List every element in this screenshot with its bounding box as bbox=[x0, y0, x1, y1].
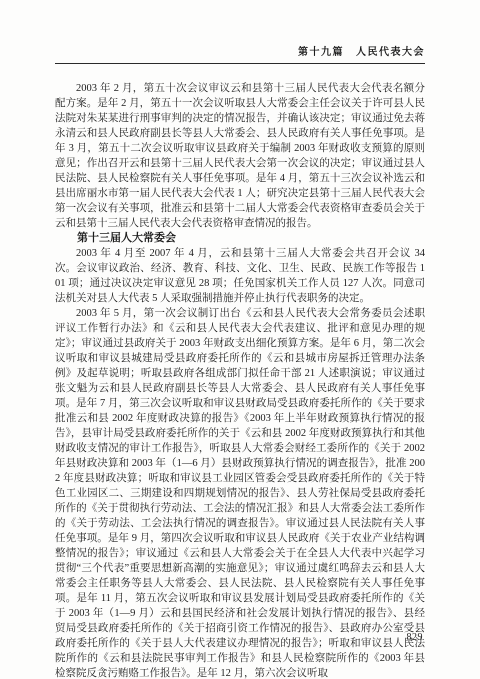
page-number: 829 bbox=[407, 632, 424, 643]
header-rule bbox=[55, 63, 425, 64]
document-page: 第十九篇 人民代表大会 2003 年 2 月，第五十次会议审议云和县第十三届人民… bbox=[0, 0, 480, 679]
section-heading: 第十三届人大常委会 bbox=[55, 231, 425, 246]
paragraph-3: 2003 年 5 月，第一次会议制订出台《云和县人民代表大会常务委员会述职评议工… bbox=[55, 306, 425, 679]
body-text: 2003 年 2 月，第五十次会议审议云和县第十三届人民代表大会代表名额分配方案… bbox=[55, 81, 425, 679]
paragraph-1: 2003 年 2 月，第五十次会议审议云和县第十三届人民代表大会代表名额分配方案… bbox=[55, 81, 425, 231]
chapter-label: 第十九篇 bbox=[298, 46, 344, 59]
paragraph-2: 2003 年 4 月至 2007 年 4 月，云和县第十三届人大常委会共召开会议… bbox=[55, 246, 425, 306]
running-head: 第十九篇 人民代表大会 bbox=[55, 46, 425, 59]
chapter-title: 人民代表大会 bbox=[356, 46, 425, 59]
